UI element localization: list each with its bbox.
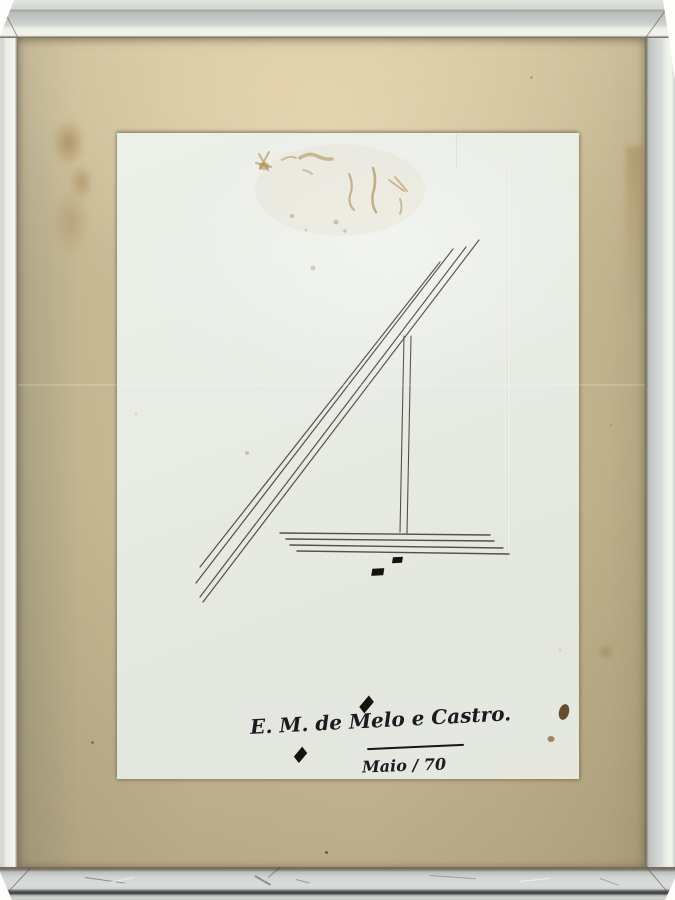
mat-stain-right bbox=[626, 146, 644, 314]
glass-reflection-line bbox=[18, 384, 645, 386]
mat-stain-top-left bbox=[36, 96, 114, 276]
frame-rail-bottom bbox=[0, 867, 675, 900]
artwork-paper bbox=[117, 133, 579, 779]
paper-crease-top bbox=[456, 134, 457, 168]
mat-speck bbox=[610, 424, 612, 426]
mat-stain-right-lower bbox=[600, 646, 612, 658]
paper-crease bbox=[508, 168, 509, 560]
mat-speck bbox=[91, 741, 94, 744]
mat-speck bbox=[530, 76, 533, 79]
frame-rail-right bbox=[645, 0, 675, 900]
framed-artwork-photo: E. M. de Melo e Castro. Maio / 70 bbox=[0, 0, 675, 900]
frame-rail-left bbox=[0, 0, 18, 900]
mat-speck bbox=[325, 851, 328, 854]
artwork-date: Maio / 70 bbox=[362, 755, 447, 777]
frame-rail-top bbox=[0, 0, 675, 38]
